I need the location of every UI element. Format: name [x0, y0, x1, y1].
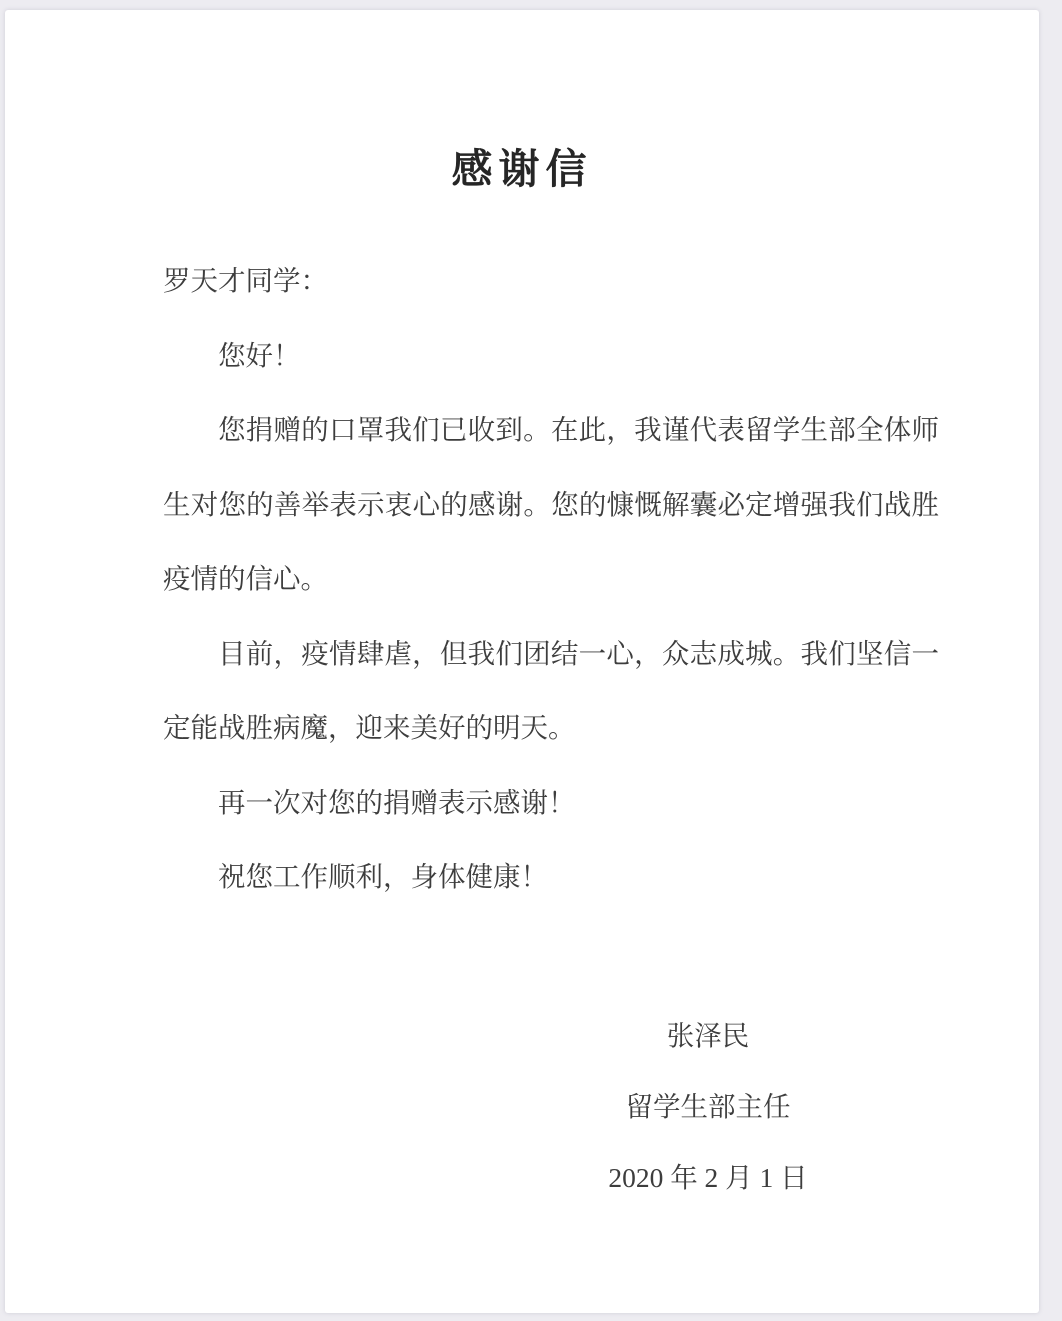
- signature-title: 留学生部主任: [191, 1071, 1039, 1142]
- paragraph: 目前，疫情肆虐，但我们团结一心，众志成城。我们坚信一定能战胜病魔，迎来美好的明天…: [163, 617, 939, 766]
- greeting: 您好！: [163, 319, 939, 394]
- letter-title: 感谢信: [5, 136, 1039, 195]
- photo-background: { "document": { "title": "感谢信", "salutat…: [0, 0, 1062, 1321]
- letter-page: 感谢信 罗天才同学： 您好！ 您捐赠的口罩我们已收到。在此，我谨代表留学生部全体…: [5, 10, 1039, 1313]
- signature-date: 2020 年 2 月 1 日: [191, 1142, 1039, 1213]
- salutation: 罗天才同学：: [163, 244, 939, 319]
- letter-body: 罗天才同学： 您好！ 您捐赠的口罩我们已收到。在此，我谨代表留学生部全体师生对您…: [163, 244, 939, 915]
- paragraph: 再一次对您的捐赠表示感谢！: [163, 766, 939, 841]
- signature-name: 张泽民: [191, 1000, 1039, 1071]
- signature-block: 张泽民 留学生部主任 2020 年 2 月 1 日: [191, 1000, 1039, 1213]
- paragraph: 祝您工作顺利，身体健康！: [163, 840, 939, 915]
- paragraph: 您捐赠的口罩我们已收到。在此，我谨代表留学生部全体师生对您的善举表示衷心的感谢。…: [163, 393, 939, 617]
